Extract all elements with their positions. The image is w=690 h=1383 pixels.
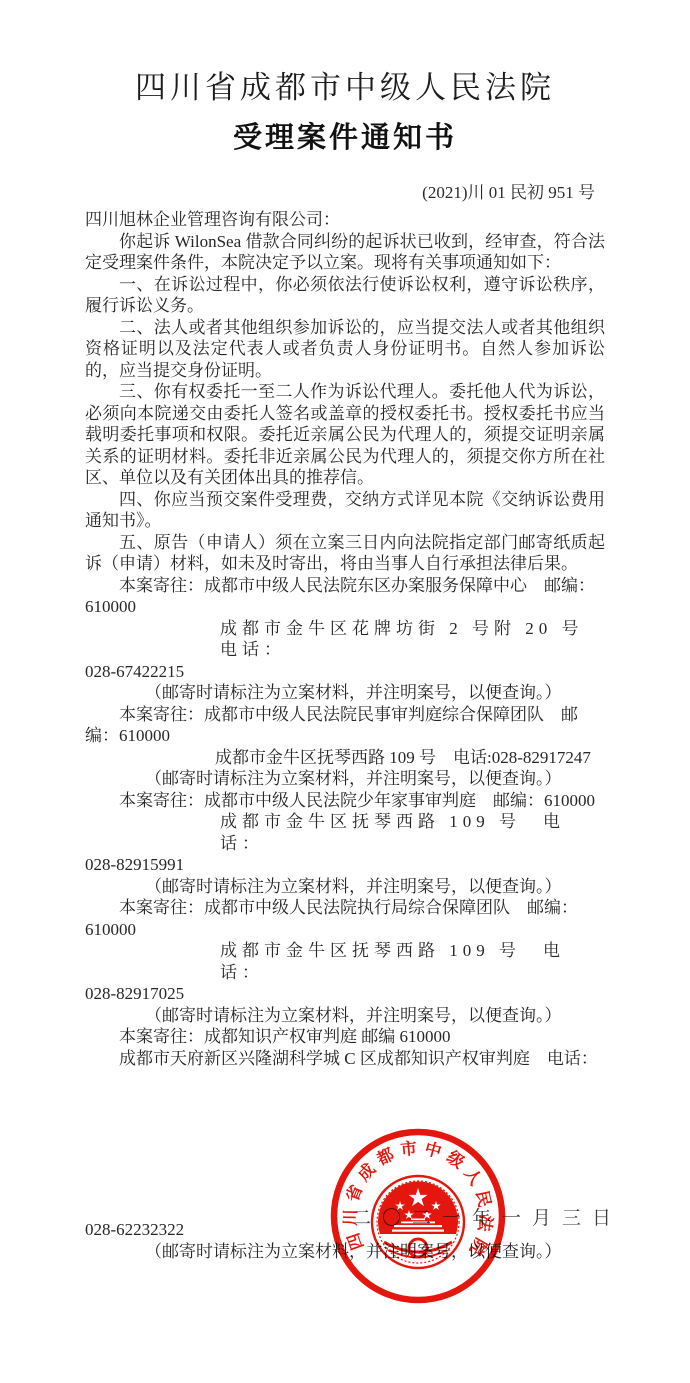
case-number: (2021)川 01 民初 951 号 bbox=[0, 178, 690, 203]
mailing-dest-1-address: 成都市金牛区花牌坊街 2 号附 20 号 电话： bbox=[85, 618, 605, 661]
document-body: 四川旭林企业管理咨询有限公司：你起诉 WilonSea 借款合同纠纷的起诉状已收… bbox=[85, 209, 605, 1262]
mailing-note-2: （邮寄时请标注为立案材料，并注明案号，以便查询。） bbox=[85, 768, 605, 790]
mailing-dest-2-postcode: 编：610000 bbox=[85, 725, 605, 747]
court-seal-icon: 四川省成都市中级人民法院 bbox=[328, 1126, 508, 1306]
mailing-dest-4-address: 成都市金牛区抚琴西路 109 号 电话： bbox=[85, 940, 605, 983]
mailing-dest-3-address: 成都市金牛区抚琴西路 109 号 电话： bbox=[85, 811, 605, 854]
mailing-note-1: （邮寄时请标注为立案材料，并注明案号，以便查询。） bbox=[85, 682, 605, 704]
mailing-dest-1-postcode: 610000 bbox=[85, 596, 605, 618]
mailing-dest-4: 本案寄往：成都市中级人民法院执行局综合保障团队 邮编： bbox=[85, 897, 605, 919]
mailing-dest-5: 本案寄往：成都知识产权审判庭 邮编 610000 bbox=[85, 1026, 605, 1048]
clause-2: 二、法人或者其他组织参加诉讼的，应当提交法人或者其他组织资格证明以及法定代表人或… bbox=[85, 317, 605, 382]
clause-4: 四、你应当预交案件受理费，交纳方式详见本院《交纳诉讼费用通知书》。 bbox=[85, 489, 605, 532]
court-name-title: 四川省成都市中级人民法院 bbox=[0, 62, 690, 107]
mailing-dest-5-address: 成都市天府新区兴隆湖科学城 C 区成都知识产权审判庭 电话： bbox=[85, 1048, 605, 1070]
official-court-seal: 四川省成都市中级人民法院 bbox=[328, 1126, 508, 1306]
clause-5: 五、原告（申请人）须在立案三日内向法院指定部门邮寄纸质起诉（申请）材料，如未及时… bbox=[85, 532, 605, 575]
mailing-dest-1: 本案寄往：成都市中级人民法院东区办案服务保障中心 邮编： bbox=[85, 575, 605, 597]
mailing-dest-1-phone: 028-67422215 bbox=[85, 661, 605, 683]
mailing-dest-3: 本案寄往：成都市中级人民法院少年家事审判庭 邮编：610000 bbox=[85, 790, 605, 812]
mailing-dest-2: 本案寄往：成都市中级人民法院民事审判庭综合保障团队 邮 bbox=[85, 704, 605, 726]
mailing-note-4: （邮寄时请标注为立案材料，并注明案号，以便查询。） bbox=[85, 1005, 605, 1027]
intro-paragraph: 你起诉 WilonSea 借款合同纠纷的起诉状已收到，经审查，符合法定受理案件条… bbox=[85, 231, 605, 274]
mailing-dest-3-phone: 028-82915991 bbox=[85, 854, 605, 876]
clause-1: 一、在诉讼过程中，你必须依法行使诉讼权利，遵守诉讼秩序，履行诉讼义务。 bbox=[85, 274, 605, 317]
mailing-dest-4-phone: 028-82917025 bbox=[85, 983, 605, 1005]
mailing-dest-2-address: 成都市金牛区抚琴西路 109 号 电话:028-82917247 bbox=[85, 747, 605, 769]
clause-3: 三、你有权委托一至二人作为诉讼代理人。委托他人代为诉讼，必须向本院递交由委托人签… bbox=[85, 381, 605, 489]
mailing-note-3: （邮寄时请标注为立案材料，并注明案号，以便查询。） bbox=[85, 876, 605, 898]
mailing-dest-4-postcode: 610000 bbox=[85, 919, 605, 941]
national-emblem-icon bbox=[372, 1176, 464, 1268]
document-page: 四川省成都市中级人民法院 受理案件通知书 (2021)川 01 民初 951 号… bbox=[0, 0, 690, 1383]
document-type-title: 受理案件通知书 bbox=[0, 115, 690, 156]
recipient-line: 四川旭林企业管理咨询有限公司： bbox=[85, 209, 605, 231]
